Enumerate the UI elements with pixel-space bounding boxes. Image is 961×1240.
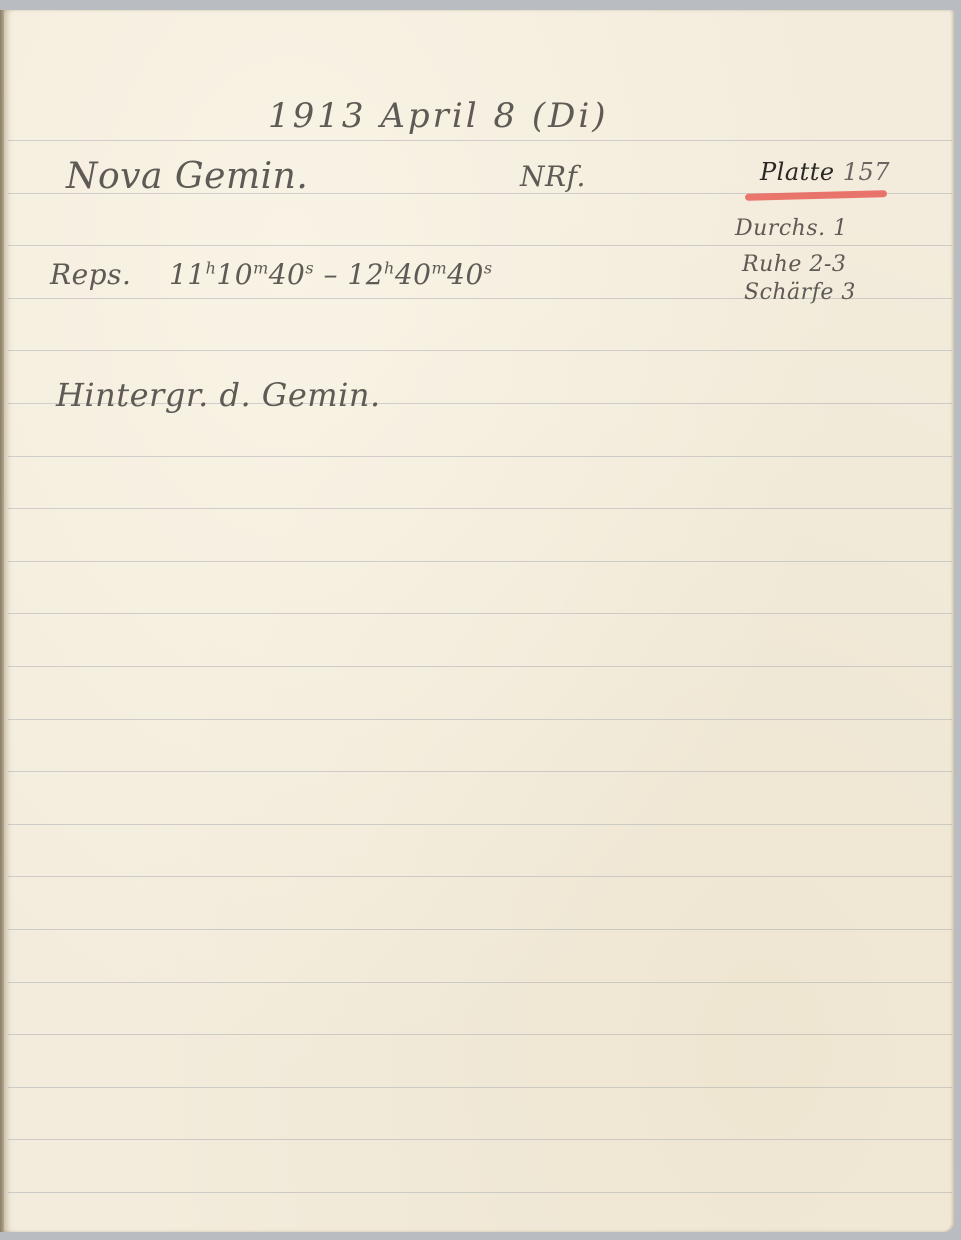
ruled-line bbox=[8, 982, 952, 983]
quality-row-sharpness: Schärfe 3 bbox=[744, 280, 856, 305]
ruled-line bbox=[8, 1139, 952, 1140]
ruled-line bbox=[8, 140, 952, 141]
entry-mark: NRf. bbox=[520, 160, 586, 193]
ruled-line bbox=[8, 824, 952, 825]
quality-label: Ruhe bbox=[742, 252, 802, 277]
ruled-line bbox=[8, 245, 952, 246]
end-second: 40 bbox=[447, 258, 484, 291]
end-hour: 12 bbox=[347, 258, 384, 291]
ruled-line bbox=[8, 613, 952, 614]
ruled-line bbox=[8, 876, 952, 877]
ruled-line bbox=[8, 1034, 952, 1035]
ruled-line bbox=[8, 719, 952, 720]
quality-row-transparency: Durchs. 1 bbox=[735, 216, 848, 241]
ruled-line bbox=[8, 666, 952, 667]
plate-label: Platte 157 bbox=[760, 158, 890, 186]
exposure-time: Reps. 11h10m40s – 12h40m40s bbox=[50, 258, 493, 291]
plate-number: 157 bbox=[843, 158, 890, 186]
quality-row-steadiness: Ruhe 2-3 bbox=[742, 252, 846, 277]
ruled-line bbox=[8, 929, 952, 930]
ruled-line bbox=[8, 1192, 952, 1193]
entry-subject: Nova Gemin. bbox=[66, 156, 308, 197]
ruled-line bbox=[8, 456, 952, 457]
start-second: 40 bbox=[269, 258, 306, 291]
quality-value: 2-3 bbox=[809, 252, 846, 277]
ruled-line bbox=[8, 508, 952, 509]
ruled-line bbox=[8, 561, 952, 562]
quality-value: 1 bbox=[833, 216, 848, 241]
time-separator: – bbox=[324, 258, 339, 291]
start-hour: 11 bbox=[169, 258, 206, 291]
exposure-label: Reps. bbox=[50, 258, 131, 291]
entry-date: 1913 April 8 (Di) bbox=[268, 96, 609, 136]
plate-label-text: Platte bbox=[760, 158, 835, 186]
quality-label: Schärfe bbox=[744, 280, 834, 305]
end-minute: 40 bbox=[395, 258, 432, 291]
entry-note: Hintergr. d. Gemin. bbox=[56, 376, 381, 414]
quality-value: 3 bbox=[841, 280, 856, 305]
ruled-line bbox=[8, 350, 952, 351]
quality-label: Durchs. bbox=[735, 216, 826, 241]
start-minute: 10 bbox=[216, 258, 253, 291]
ruled-line bbox=[8, 1087, 952, 1088]
ruled-line bbox=[8, 771, 952, 772]
